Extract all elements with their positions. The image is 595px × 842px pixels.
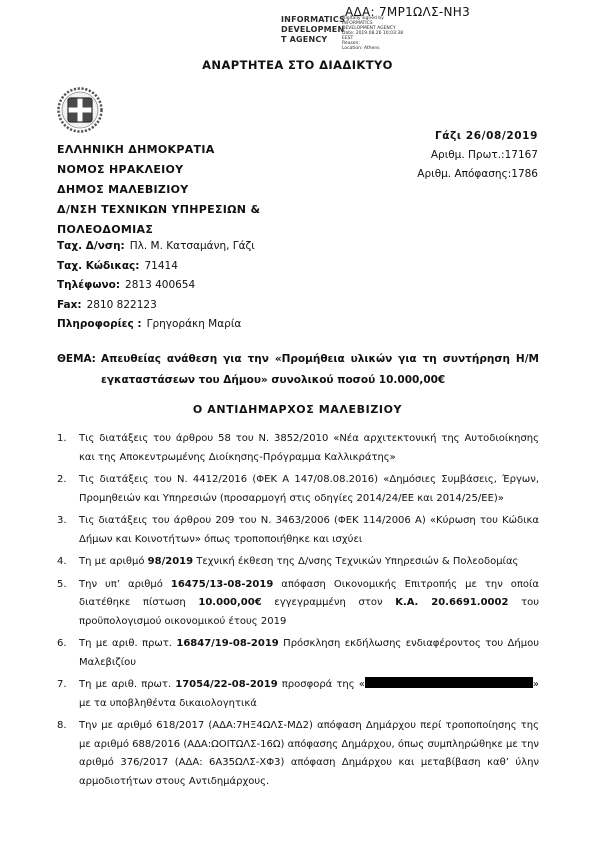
list-item-text: Την με αριθμό 618/2017 (ΑΔΑ:7ΗΞ4ΩΛΣ-ΜΔ2)… (79, 717, 539, 791)
list-item: 7.Τη με αριθ. πρωτ. 17054/22-08-2019 προ… (57, 676, 539, 713)
agency-line: DEVELOPMEN (281, 25, 337, 35)
list-item-text: Τις διατάξεις του Ν. 4412/2016 (ΦΕΚ Α 14… (79, 471, 539, 508)
list-item: 1.Τις διατάξεις του άρθρου 58 του Ν. 385… (57, 430, 539, 467)
place-date: Γάζι 26/08/2019 (417, 127, 538, 146)
list-item-number: 5. (57, 576, 79, 632)
contact-label: Fax: (57, 299, 82, 311)
contact-value: Γρηγοράκη Μαρία (147, 318, 242, 330)
agency-line: INFORMATICS (281, 15, 337, 25)
plain-text: Την με αριθμό 618/2017 (ΑΔΑ:7ΗΞ4ΩΛΣ-ΜΔ2)… (79, 720, 539, 787)
plain-text: Την υπ’ αριθμό (79, 579, 171, 590)
list-item: 5.Την υπ’ αριθμό 16475/13-08-2019 απόφασ… (57, 576, 539, 632)
subject-text: Απευθείας ανάθεση για την «Προμήθεια υλι… (101, 349, 539, 391)
org-header: ΕΛΛΗΝΙΚΗ ΔΗΜΟΚΡΑΤΙΑ ΝΟΜΟΣ ΗΡΑΚΛΕΙΟΥ ΔΗΜΟ… (57, 140, 260, 240)
org-line-republic: ΕΛΛΗΝΙΚΗ ΔΗΜΟΚΡΑΤΙΑ (57, 140, 260, 160)
contact-row-fax: Fax:2810 822123 (57, 296, 255, 316)
list-item-number: 7. (57, 676, 79, 713)
contact-value: 2810 822123 (87, 299, 157, 311)
list-item: 2.Τις διατάξεις του Ν. 4412/2016 (ΦΕΚ Α … (57, 471, 539, 508)
list-item-text: Τη με αριθμό 98/2019 Τεχνική έκθεση της … (79, 553, 539, 572)
contact-label: Τηλέφωνο: (57, 279, 120, 291)
digital-signature-stamp: INFORMATICS DEVELOPMEN T AGENCY Digitall… (281, 15, 403, 51)
emphasized-text: 17054/22-08-2019 (175, 679, 277, 690)
list-item-number: 3. (57, 512, 79, 549)
list-item-text: Την υπ’ αριθμό 16475/13-08-2019 απόφαση … (79, 576, 539, 632)
header-right: Γάζι 26/08/2019 Αριθμ. Πρωτ.:17167 Αριθμ… (417, 127, 538, 184)
protocol-number: Αριθμ. Πρωτ.:17167 (417, 146, 538, 165)
section-heading: Ο ΑΝΤΙΔΗΜΑΡΧΟΣ ΜΑΛΕΒΙΖΙΟΥ (0, 403, 595, 416)
plain-text: Τη με αριθμό (79, 556, 148, 567)
legal-basis-list: 1.Τις διατάξεις του άρθρου 58 του Ν. 385… (57, 430, 539, 795)
emphasized-text: 16847/19-08-2019 (176, 638, 278, 649)
emphasized-text: 98/2019 (148, 556, 193, 567)
internet-posting-notice: ΑΝΑΡΤΗΤΕΑ ΣΤΟ ΔΙΑΔΙΚΤΥΟ (0, 58, 595, 72)
plain-text: προσφορά της « (278, 679, 365, 690)
emphasized-text: 10.000,00€ (198, 597, 261, 608)
list-item: 8.Την με αριθμό 618/2017 (ΑΔΑ:7ΗΞ4ΩΛΣ-ΜΔ… (57, 717, 539, 791)
plain-text: Τεχνική έκθεση της Δ/νσης Τεχνικών Υπηρε… (193, 556, 518, 567)
greek-coat-of-arms-icon (57, 86, 103, 138)
list-item-text: Τη με αριθ. πρωτ. 16847/19-08-2019 Πρόσκ… (79, 635, 539, 672)
list-item-text: Τις διατάξεις του άρθρου 209 του Ν. 3463… (79, 512, 539, 549)
list-item-text: Τις διατάξεις του άρθρου 58 του Ν. 3852/… (79, 430, 539, 467)
list-item-text: Τη με αριθ. πρωτ. 17054/22-08-2019 προσφ… (79, 676, 539, 713)
list-item: 4.Τη με αριθμό 98/2019 Τεχνική έκθεση τη… (57, 553, 539, 572)
contact-info: Ταχ. Δ/νση:Πλ. Μ. Κατσαμάνη, Γάζι Ταχ. Κ… (57, 237, 255, 335)
decision-number: Αριθμ. Απόφασης:1786 (417, 165, 538, 184)
contact-row-information: Πληροφορίες :Γρηγοράκη Μαρία (57, 315, 255, 335)
list-item-number: 1. (57, 430, 79, 467)
list-item-number: 4. (57, 553, 79, 572)
plain-text: εγγεγραμμένη στον (262, 597, 396, 608)
contact-value: Πλ. Μ. Κατσαμάνη, Γάζι (130, 240, 255, 252)
contact-value: 71414 (144, 260, 177, 272)
document-page: ΑΔΑ: 7ΜΡ1ΩΛΣ-ΝΗ3 INFORMATICS DEVELOPMEN … (0, 0, 595, 842)
emphasized-text: 16475/13-08-2019 (171, 579, 273, 590)
list-item-number: 2. (57, 471, 79, 508)
plain-text: Τις διατάξεις του άρθρου 209 του Ν. 3463… (79, 515, 539, 545)
signature-details: Digitally signed by INFORMATICS DEVELOPM… (342, 15, 403, 51)
contact-value: 2813 400654 (125, 279, 195, 291)
list-item: 3.Τις διατάξεις του άρθρου 209 του Ν. 34… (57, 512, 539, 549)
contact-label: Ταχ. Κώδικας: (57, 260, 139, 272)
subject-line: ΘΕΜΑ: Απευθείας ανάθεση για την «Προμήθε… (57, 349, 539, 391)
agency-line: T AGENCY (281, 35, 337, 45)
plain-text: Τις διατάξεις του άρθρου 58 του Ν. 3852/… (79, 433, 539, 463)
signature-agency-name: INFORMATICS DEVELOPMEN T AGENCY (281, 15, 337, 51)
plain-text: Τη με αριθ. πρωτ. (79, 679, 175, 690)
contact-row-address: Ταχ. Δ/νση:Πλ. Μ. Κατσαμάνη, Γάζι (57, 237, 255, 257)
org-line-prefecture: ΝΟΜΟΣ ΗΡΑΚΛΕΙΟΥ (57, 160, 260, 180)
subject-label: ΘΕΜΑ: (57, 349, 101, 391)
plain-text: Τη με αριθ. πρωτ. (79, 638, 176, 649)
list-item-number: 6. (57, 635, 79, 672)
plain-text: Τις διατάξεις του Ν. 4412/2016 (ΦΕΚ Α 14… (79, 474, 539, 504)
list-item: 6.Τη με αριθ. πρωτ. 16847/19-08-2019 Πρό… (57, 635, 539, 672)
contact-label: Πληροφορίες : (57, 318, 142, 330)
contact-label: Ταχ. Δ/νση: (57, 240, 125, 252)
org-line-municipality: ΔΗΜΟΣ ΜΑΛΕΒΙΖΙΟΥ (57, 180, 260, 200)
redaction-box (365, 677, 533, 688)
contact-row-postal-code: Ταχ. Κώδικας:71414 (57, 257, 255, 277)
signature-detail-line: Location: Athens (342, 46, 403, 51)
emphasized-text: Κ.Α. 20.6691.0002 (395, 597, 508, 608)
org-line-directorate: Δ/ΝΣΗ ΤΕΧΝΙΚΩΝ ΥΠΗΡΕΣΙΩΝ & (57, 200, 260, 220)
list-item-number: 8. (57, 717, 79, 791)
contact-row-phone: Τηλέφωνο:2813 400654 (57, 276, 255, 296)
